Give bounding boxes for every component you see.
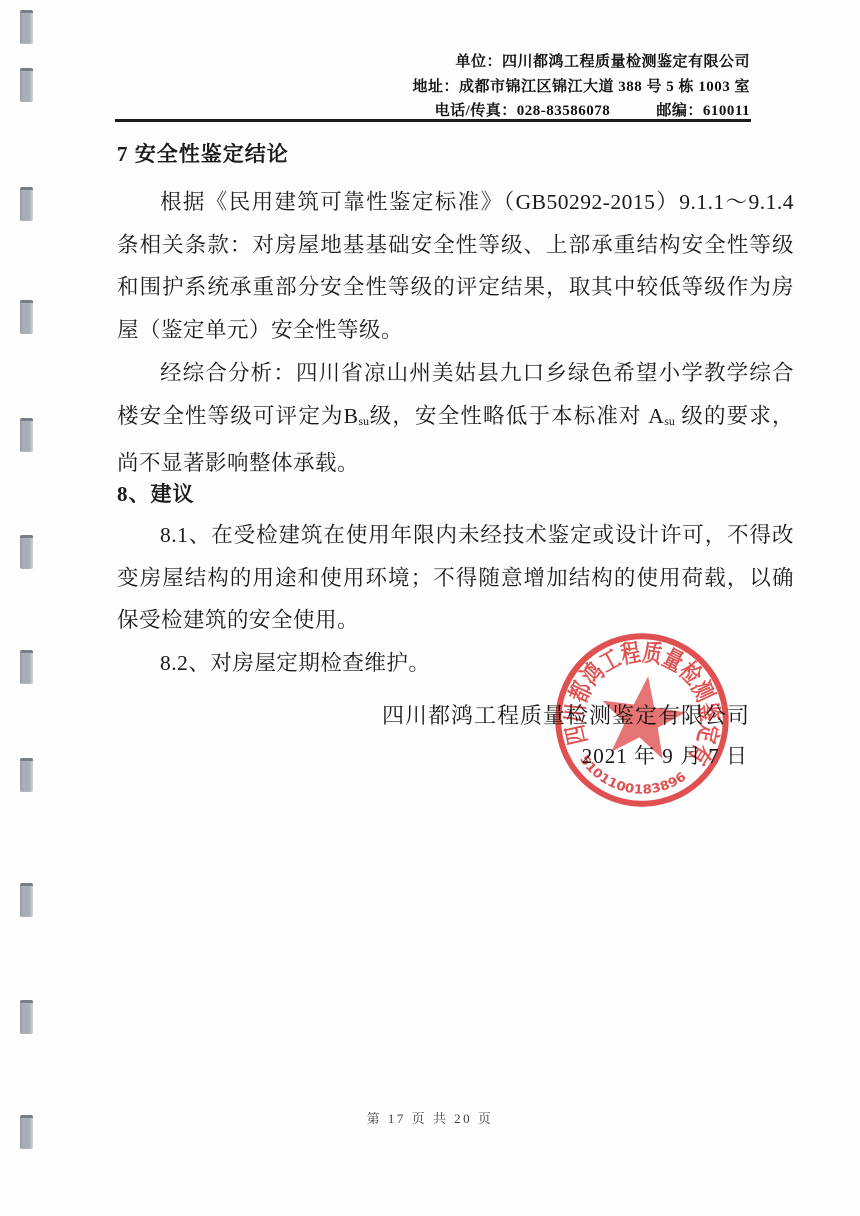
binding-hole xyxy=(20,535,33,569)
signature-date: 2021 年 9 月 7 日 xyxy=(382,743,750,770)
binding-hole xyxy=(20,68,33,102)
paragraph-text: 级，安全性略低于本标准对 A xyxy=(369,404,664,428)
document-page: 单位：四川都鸿工程质量检测鉴定有限公司 地址：成都市锦江区锦江大道 388 号 … xyxy=(0,0,860,1216)
binding-hole xyxy=(20,758,33,792)
section-7-heading: 7 安全性鉴定结论 xyxy=(117,141,794,168)
binding-hole xyxy=(20,418,33,452)
binding-hole xyxy=(20,650,33,684)
grade-subscript-bsu: su xyxy=(359,414,370,428)
header-unit: 单位：四川都鸿工程质量检测鉴定有限公司 xyxy=(330,50,750,75)
section-8-heading: 8、建议 xyxy=(117,481,794,508)
binding-hole xyxy=(20,1000,33,1034)
section-7-paragraph-1: 根据《民用建筑可靠性鉴定标准》（GB50292-2015）9.1.1～9.1.4… xyxy=(117,181,794,352)
binding-hole xyxy=(20,883,33,917)
page-number: 第 17 页 共 20 页 xyxy=(0,1108,860,1127)
binding-hole xyxy=(20,187,33,221)
signature-company: 四川都鸿工程质量检测鉴定有限公司 xyxy=(382,701,750,730)
header-address: 地址：成都市锦江区锦江大道 388 号 5 栋 1003 室 xyxy=(330,75,750,100)
report-header: 单位：四川都鸿工程质量检测鉴定有限公司 地址：成都市锦江区锦江大道 388 号 … xyxy=(330,50,750,124)
grade-subscript-asu: su xyxy=(664,414,675,428)
section-8-paragraph-2: 8.2、对房屋定期检查维护。 xyxy=(117,642,794,685)
header-phone-fax: 电话/传真：028-83586078 xyxy=(435,103,611,119)
report-body: 7 安全性鉴定结论 根据《民用建筑可靠性鉴定标准》（GB50292-2015）9… xyxy=(117,141,794,685)
header-rule xyxy=(115,119,751,122)
section-8-paragraph-1: 8.1、在受检建筑在使用年限内未经技术鉴定或设计许可，不得改变房屋结构的用途和使… xyxy=(117,514,794,642)
binding-hole xyxy=(20,10,33,44)
section-7-paragraph-2: 经综合分析：四川省凉山州美姑县九口乡绿色希望小学教学综合楼安全性等级可评定为Bs… xyxy=(117,352,794,485)
header-postcode: 邮编：610011 xyxy=(656,103,750,119)
binding-hole xyxy=(20,300,33,334)
signature-block: 四川都鸿工程质量检测鉴定有限公司 2021 年 9 月 7 日 xyxy=(382,701,750,770)
